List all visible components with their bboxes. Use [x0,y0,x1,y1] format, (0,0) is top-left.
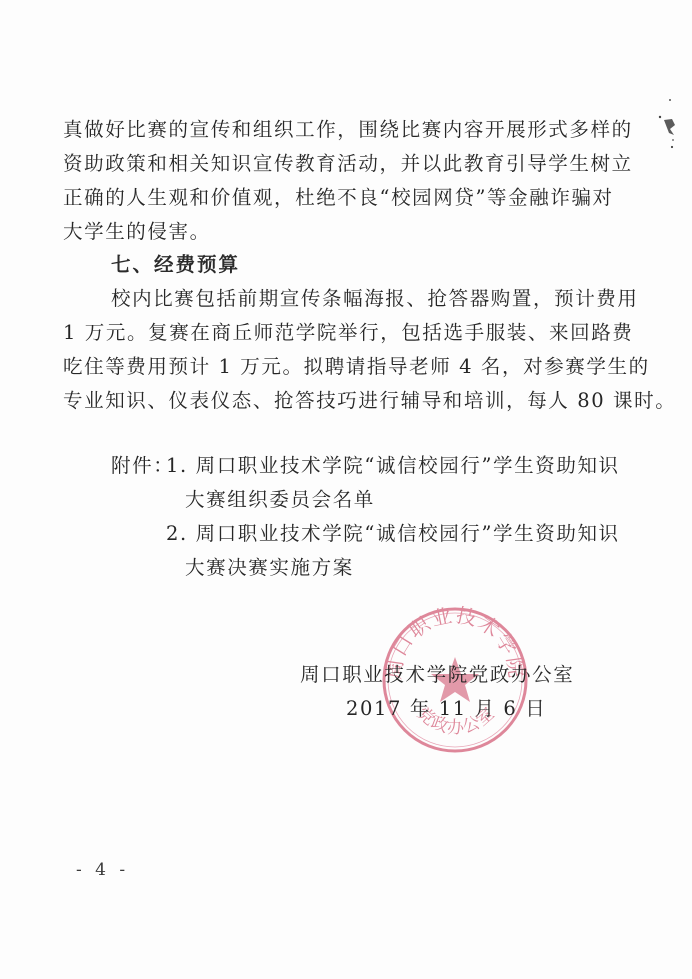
signature-date: 2017 年 11 月 6 日 [346,697,546,721]
body-line-3: 正确的人生观和价值观，杜绝不良“校园网贷”等金融诈骗对 [63,186,614,210]
document-page: 真做好比赛的宣传和组织工作，围绕比赛内容开展形式多样的 资助政策和相关知识宣传教… [0,0,692,979]
signature-organization: 周口职业技术学院党政办公室 [300,663,574,687]
attachment-1-line-2: 大赛组织委员会名单 [185,488,375,512]
budget-line-2: 1 万元。复赛在商丘师范学院举行，包括选手服装、来回路费 [63,321,633,345]
body-line-2: 资助政策和相关知识宣传教育活动，并以此教育引导学生树立 [63,152,633,176]
budget-line-4: 专业知识、仪表仪态、抢答技巧进行辅导和培训，每人 80 课时。 [63,389,676,413]
body-line-1: 真做好比赛的宣传和组织工作，围绕比赛内容开展形式多样的 [63,118,633,142]
attachment-2-line-2: 大赛决赛实施方案 [185,556,354,580]
page-number: - 4 - [76,860,129,880]
attachment-2-line-1: 2. 周口职业技术学院“诚信校园行”学生资助知识 [166,522,620,546]
budget-line-1: 校内比赛包括前期宣传条幅海报、抢答器购置，预计费用 [111,287,639,311]
budget-line-3: 吃住等费用预计 1 万元。拟聘请指导老师 4 名，对参赛学生的 [63,355,650,379]
attachment-1-line-1: 1. 周口职业技术学院“诚信校园行”学生资助知识 [166,454,620,478]
body-line-4: 大学生的侵害。 [63,220,211,244]
attachments-label: 附件： [111,454,174,478]
section-heading: 七、经费预算 [111,253,240,277]
scan-artifact [650,95,680,155]
